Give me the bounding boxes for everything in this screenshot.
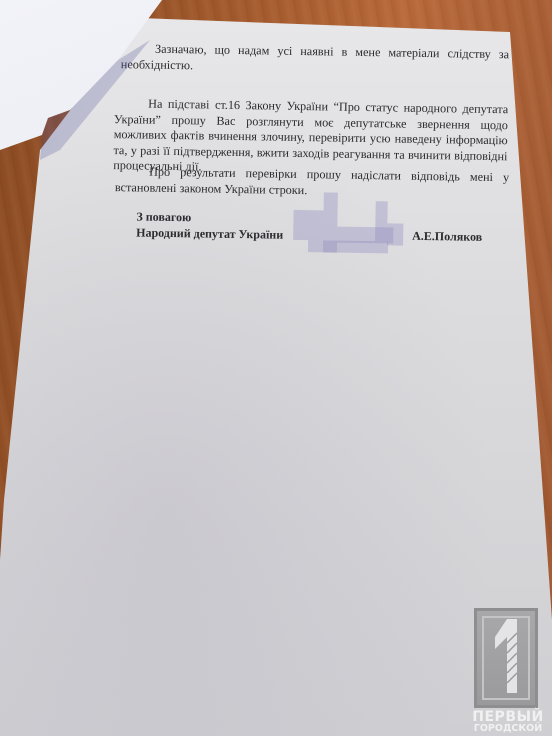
watermark-line1: ПЕРВЫЙ	[470, 710, 546, 724]
blurred-signature	[283, 192, 404, 262]
closing-position: Народний депутат України	[136, 224, 283, 242]
signatory-name: А.Е.Поляков	[412, 229, 482, 246]
closing-block: З повагою Народний депутат України	[136, 208, 283, 242]
first-city-logo-icon	[474, 608, 538, 708]
paragraph-materials: Зазначаю, що надам усі наявні в мене мат…	[121, 41, 509, 78]
logo-numeral-one-icon	[491, 619, 517, 693]
watermark-line2: ГОРОДСКОЙ	[468, 724, 548, 734]
